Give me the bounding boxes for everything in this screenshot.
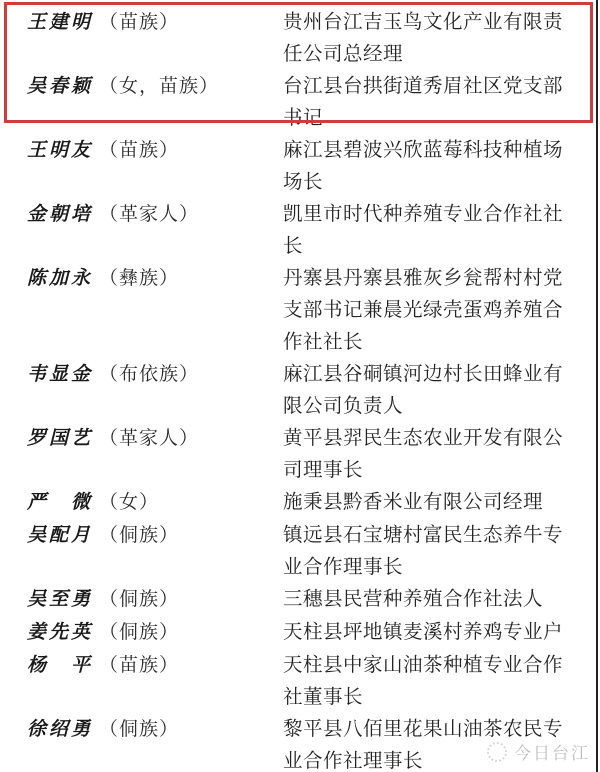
person-title: 镇远县石宝塘村富民生态养牛专业合作理事长 <box>283 519 579 583</box>
name-cell: 王明友（苗族） <box>0 134 283 167</box>
name-cell: 徐绍勇（侗族） <box>0 713 283 746</box>
list-item: 严 微（女） 施秉县黔香米业有限公司经理 <box>0 486 600 519</box>
name-cell: 杨 平（苗族） <box>0 649 283 682</box>
person-title: 麻江县谷硐镇河边村长田蜂业有限公司负责人 <box>283 358 579 422</box>
person-ethnicity: （侗族） <box>99 589 179 610</box>
name-cell: 吴配月（侗族） <box>0 519 283 552</box>
person-ethnicity: （侗族） <box>99 719 179 740</box>
person-name: 严 微 <box>27 491 93 513</box>
name-cell: 吴春颖（女，苗族） <box>0 70 283 103</box>
person-name: 陈加永 <box>27 267 93 289</box>
person-title: 天柱县坪地镇麦溪村养鸡专业户 <box>283 616 579 648</box>
list-item: 韦显金（布依族） 麻江县谷硐镇河边村长田蜂业有限公司负责人 <box>0 358 600 422</box>
person-title: 丹寨县丹寨县雅灰乡瓮帮村村党支部书记兼晨光绿壳蛋鸡养殖合作社社长 <box>283 262 579 358</box>
list-item: 王明友（苗族） 麻江县碧波兴欣蓝莓科技种植场场长 <box>0 134 600 198</box>
name-cell: 吴至勇（侗族） <box>0 583 283 616</box>
name-cell: 韦显金（布依族） <box>0 358 283 391</box>
name-cell: 金朝培（革家人） <box>0 198 283 231</box>
person-title: 施秉县黔香米业有限公司经理 <box>283 486 579 518</box>
name-cell: 陈加永（彝族） <box>0 262 283 295</box>
person-name: 金朝培 <box>27 203 93 225</box>
person-name: 徐绍勇 <box>27 718 93 740</box>
name-cell: 严 微（女） <box>0 486 283 519</box>
name-cell: 王建明（苗族） <box>0 6 283 39</box>
person-title: 台江县台拱街道秀眉社区党支部书记 <box>283 70 579 134</box>
person-ethnicity: （女） <box>99 492 159 513</box>
list-item: 姜先英（侗族） 天柱县坪地镇麦溪村养鸡专业户 <box>0 616 600 649</box>
person-ethnicity: （苗族） <box>99 140 179 161</box>
person-ethnicity: （侗族） <box>99 622 179 643</box>
person-name: 王建明 <box>27 11 93 33</box>
person-title: 三穗县民营种养殖合作社法人 <box>283 583 579 615</box>
person-name: 韦显金 <box>27 363 93 385</box>
person-name: 姜先英 <box>27 621 93 643</box>
list-item: 王建明（苗族） 贵州台江吉玉鸟文化产业有限责任公司总经理 <box>0 6 600 70</box>
person-ethnicity: （侗族） <box>99 525 179 546</box>
person-title: 凯里市时代种养殖专业合作社社长 <box>283 198 579 262</box>
list-item: 罗国艺（革家人） 黄平县羿民生态农业开发有限公司理事长 <box>0 422 600 486</box>
person-name: 罗国艺 <box>27 427 93 449</box>
person-ethnicity: （革家人） <box>99 428 199 449</box>
list-item: 金朝培（革家人） 凯里市时代种养殖专业合作社社长 <box>0 198 600 262</box>
person-ethnicity: （彝族） <box>99 268 179 289</box>
person-title: 天柱县中家山油茶种植专业合作社董事长 <box>283 649 579 713</box>
page-edge-line <box>596 0 598 772</box>
person-ethnicity: （女，苗族） <box>99 76 219 97</box>
stamp-circle-icon <box>487 742 507 762</box>
list-item: 吴配月（侗族） 镇远县石宝塘村富民生态养牛专业合作理事长 <box>0 519 600 583</box>
award-list: 王建明（苗族） 贵州台江吉玉鸟文化产业有限责任公司总经理 吴春颖（女，苗族） 台… <box>0 6 600 772</box>
person-name: 吴春颖 <box>27 75 93 97</box>
list-item: 陈加永（彝族） 丹寨县丹寨县雅灰乡瓮帮村村党支部书记兼晨光绿壳蛋鸡养殖合作社社长 <box>0 262 600 358</box>
document-page: 王建明（苗族） 贵州台江吉玉鸟文化产业有限责任公司总经理 吴春颖（女，苗族） 台… <box>0 0 600 772</box>
person-ethnicity: （苗族） <box>99 12 179 33</box>
person-ethnicity: （革家人） <box>99 204 199 225</box>
person-title: 黄平县羿民生态农业开发有限公司理事长 <box>283 422 579 486</box>
name-cell: 姜先英（侗族） <box>0 616 283 649</box>
person-name: 王明友 <box>27 139 93 161</box>
person-name: 杨 平 <box>27 654 93 676</box>
person-name: 吴配月 <box>27 524 93 546</box>
watermark-text: 今日台江 <box>514 739 590 764</box>
person-ethnicity: （苗族） <box>99 655 179 676</box>
person-name: 吴至勇 <box>27 588 93 610</box>
list-item: 吴春颖（女，苗族） 台江县台拱街道秀眉社区党支部书记 <box>0 70 600 134</box>
list-item: 吴至勇（侗族） 三穗县民营种养殖合作社法人 <box>0 583 600 616</box>
person-title: 麻江县碧波兴欣蓝莓科技种植场场长 <box>283 134 579 198</box>
person-title: 贵州台江吉玉鸟文化产业有限责任公司总经理 <box>283 6 579 70</box>
name-cell: 罗国艺（革家人） <box>0 422 283 455</box>
watermark: 今日台江 <box>487 739 590 764</box>
person-ethnicity: （布依族） <box>99 364 199 385</box>
list-item: 杨 平（苗族） 天柱县中家山油茶种植专业合作社董事长 <box>0 649 600 713</box>
